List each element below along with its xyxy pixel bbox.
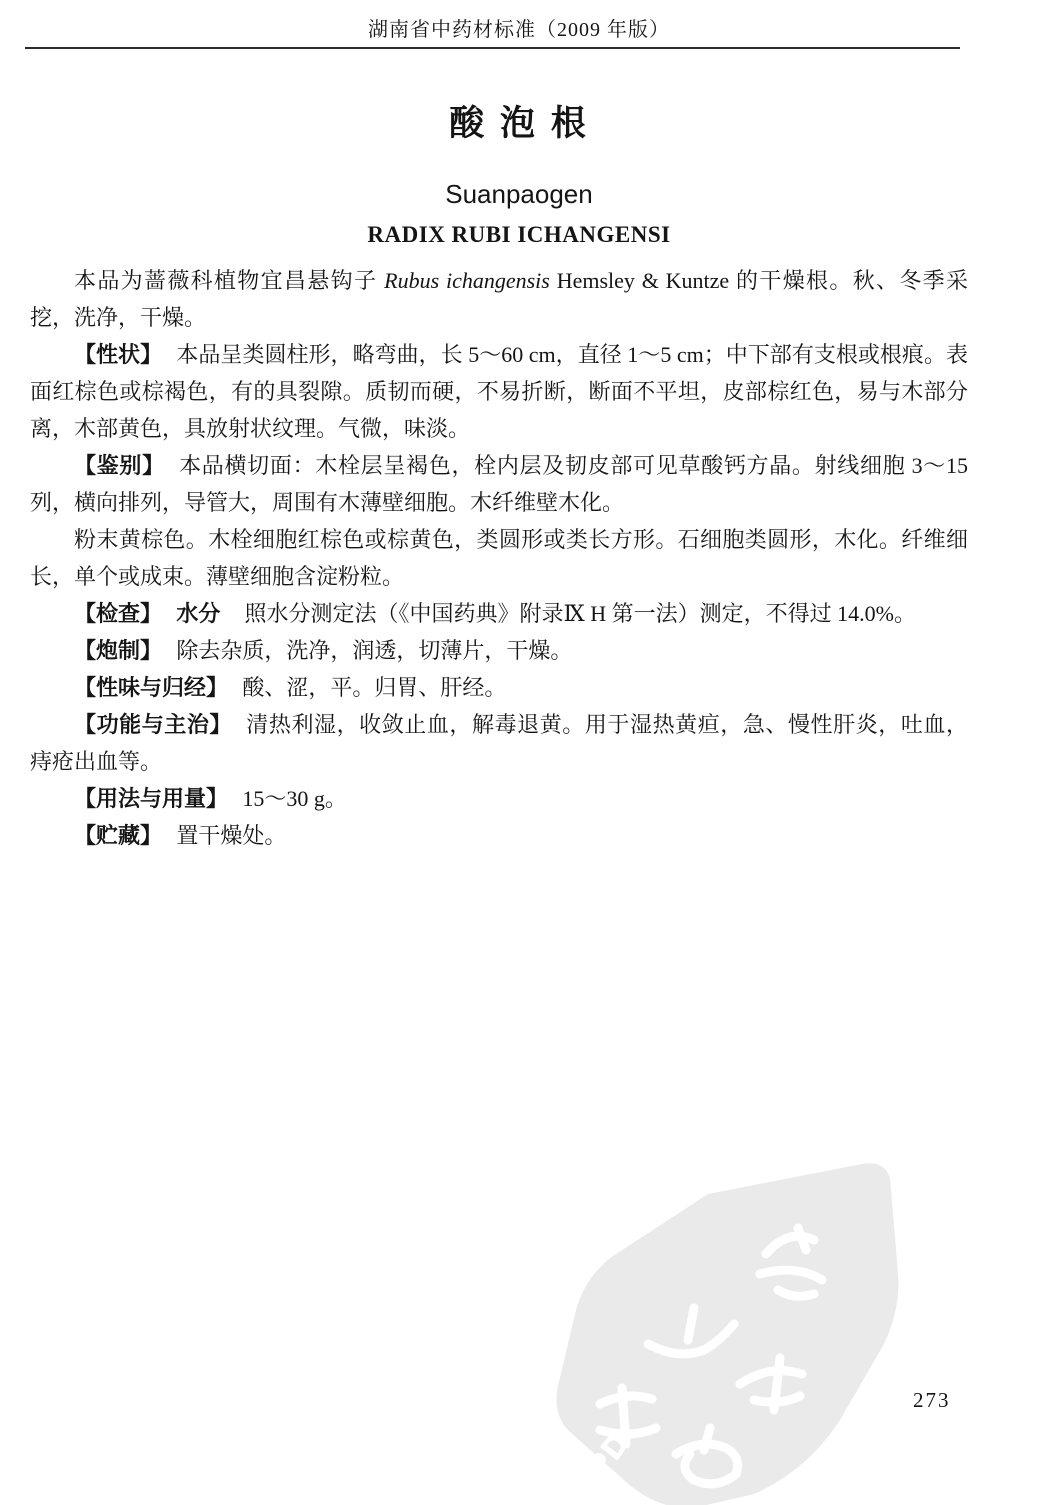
section-text-processing: 除去杂质，洗净，润透，切薄片，干燥。: [176, 638, 572, 663]
section-text-usage-dosage: 15～30 g。: [242, 786, 347, 811]
monograph-title-chinese: 酸 泡 根: [0, 96, 1038, 146]
section-label-property-meridian: 【性味与归经】: [74, 675, 228, 700]
source-text-pre: 本品为蔷薇科植物宜昌悬钩子: [74, 268, 377, 293]
section-functions-indications: 【功能与主治】清热利湿，收敛止血，解毒退黄。用于湿热黄疸，急、慢性肝炎，吐血，痔…: [30, 706, 968, 780]
section-text-description: 本品呈类圆柱形，略弯曲，长 5～60 cm，直径 1～5 cm；中下部有支根或根…: [30, 342, 968, 441]
section-text-powder: 粉末黄棕色。木栓细胞红棕色或棕黄色，类圆形或类长方形。石细胞类圆形，木化。纤维细…: [30, 527, 968, 589]
species-authors: Hemsley & Kuntze: [557, 268, 730, 293]
section-usage-dosage: 【用法与用量】15～30 g。: [30, 780, 968, 817]
section-examination: 【检查】水分照水分测定法（《中国药典》附录Ⅸ H 第一法）测定，不得过 14.0…: [30, 595, 968, 632]
section-label-storage: 【贮藏】: [74, 823, 162, 848]
monograph-body: 本品为蔷薇科植物宜昌悬钩子 Rubus ichangensis Hemsley …: [30, 262, 968, 854]
page-number: 273: [913, 1388, 951, 1413]
section-identification: 【鉴别】本品横切面：木栓层呈褐色，栓内层及韧皮部可见草酸钙方晶。射线细胞 3～1…: [30, 447, 968, 521]
section-label-processing: 【炮制】: [74, 638, 162, 663]
section-label-identification: 【鉴别】: [74, 453, 165, 478]
monograph-title-pinyin: Suanpaogen: [0, 179, 1038, 210]
section-label-usage-dosage: 【用法与用量】: [74, 786, 228, 811]
section-label-examination: 【检查】: [74, 601, 162, 626]
watermark-stamp: PD: [540, 1158, 1020, 1505]
document-page: 湖南省中药材标准（2009 年版） 酸 泡 根 Suanpaogen RADIX…: [0, 0, 1038, 1505]
section-text-property-meridian: 酸、涩，平。归胃、肝经。: [242, 675, 506, 700]
section-label-description: 【性状】: [74, 342, 162, 367]
section-description: 【性状】本品呈类圆柱形，略弯曲，长 5～60 cm，直径 1～5 cm；中下部有…: [30, 336, 968, 447]
section-property-meridian: 【性味与归经】酸、涩，平。归胃、肝经。: [30, 669, 968, 706]
section-storage: 【贮藏】置干燥处。: [30, 817, 968, 854]
section-text-examination: 照水分测定法（《中国药典》附录Ⅸ H 第一法）测定，不得过 14.0%。: [245, 601, 916, 626]
paragraph-source: 本品为蔷薇科植物宜昌悬钩子 Rubus ichangensis Hemsley …: [30, 262, 968, 336]
section-processing: 【炮制】除去杂质，洗净，润透，切薄片，干燥。: [30, 632, 968, 669]
section-identification-powder: 粉末黄棕色。木栓细胞红棕色或棕黄色，类圆形或类长方形。石细胞类圆形，木化。纤维细…: [30, 521, 968, 595]
section-sublabel-moisture: 水分: [176, 601, 220, 626]
header-divider: [25, 47, 960, 49]
section-label-functions-indications: 【功能与主治】: [74, 712, 232, 737]
running-header: 湖南省中药材标准（2009 年版）: [0, 13, 1038, 42]
section-text-storage: 置干燥处。: [176, 823, 286, 848]
section-text-identification: 本品横切面：木栓层呈褐色，栓内层及韧皮部可见草酸钙方晶。射线细胞 3～15 列，…: [30, 453, 968, 515]
species-latin-name: Rubus ichangensis: [384, 268, 550, 293]
monograph-title-latin: RADIX RUBI ICHANGENSI: [0, 222, 1038, 248]
